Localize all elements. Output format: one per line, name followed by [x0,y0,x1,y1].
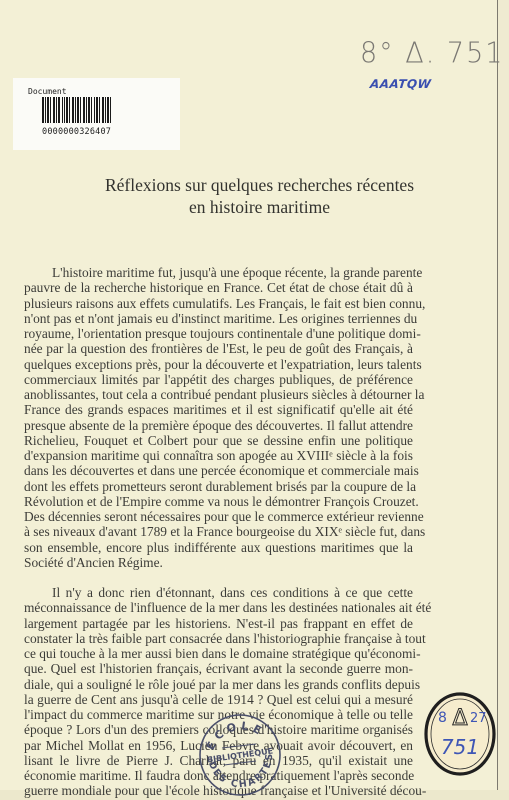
page-edge-line [497,0,498,790]
text-line: commerciaux limités par l'appétit des ch… [24,372,413,387]
text-line: anoblissantes, tout cela a contribué pen… [24,387,413,402]
barcode-icon [42,97,150,123]
shelf-oval-sticker-icon: 8 Δ 27 751 [424,692,496,776]
text-line: ce qui touche à la mer aussi bien dans l… [24,646,413,661]
oval-top-right: 27 [470,711,487,726]
text-line: constater la très faible part consacrée … [24,631,413,646]
text-line: d'expansion maritime qui connaîtra son a… [24,448,413,463]
text-line: presque absente de la première époque de… [24,418,413,433]
text-line: royaume, l'orientation presque toujours … [24,326,413,341]
label-title: Document [28,87,67,96]
oval-bottom: 751 [441,735,479,759]
text-line: quelques exceptions près, pour la découv… [24,357,413,372]
text-line: méconnaissance de l'influence de la mer … [24,600,413,615]
text-line: née par la question des frontières de l'… [24,341,413,356]
text-line: dont les effets prometteurs seront durab… [24,479,413,494]
oval-top-left: 8 [438,710,447,726]
text-line: L'histoire maritime fut, jusqu'à une épo… [24,265,413,280]
article-title: Réflexions sur quelques recherches récen… [0,174,509,218]
text-line: plusieurs raisons aux effets cumulatifs.… [24,296,413,311]
title-line-2: en histoire maritime [10,196,509,218]
text-line: Il n'y a donc rien d'étonnant, dans ces … [24,585,413,600]
text-line: Révolution et de l'Empire comme va nous … [24,494,413,509]
library-stamp-icon: ÉCOLE BIBLIOTHÈQUE DES CHARTES [198,713,282,797]
text-line: dans les découvertes et dans une percée … [24,463,413,478]
text-line: France des grands espaces maritimes et i… [24,402,413,417]
text-line: Des décennies seront nécessaires pour qu… [24,509,413,524]
oval-symbol: Δ [452,706,467,731]
barcode-number: 0000000326407 [42,127,111,137]
text-line: la guerre de Cent ans jusqu'à celle de 1… [24,692,413,707]
text-line: à ses niveaux d'avant 1789 et la France … [24,524,413,539]
text-line: diale, qui a souligné le rôle joué par l… [24,677,413,692]
text-line: largement partagée par les historiens. N… [24,616,413,631]
paragraph-1: L'histoire maritime fut, jusqu'à une épo… [24,265,413,570]
text-line: son ensemble, encore plus indifférente a… [24,540,413,555]
text-line: n'ont pas et n'ont jamais eu d'instinct … [24,311,413,326]
text-line: Richelieu, Fouquet et Colbert pour que s… [24,433,413,448]
page-right-margin [498,0,509,800]
shelfmark-annotation: 8° Δ. 751 (27) [360,37,509,70]
title-line-1: Réflexions sur quelques recherches récen… [10,174,509,196]
text-line: que. Quel est l'historien français, écri… [24,661,413,676]
handwritten-code: AAATQW [369,77,432,91]
text-line: pauvre de la recherche historique en Fra… [24,280,413,295]
text-line: Société d'Ancien Régime. [24,555,413,570]
